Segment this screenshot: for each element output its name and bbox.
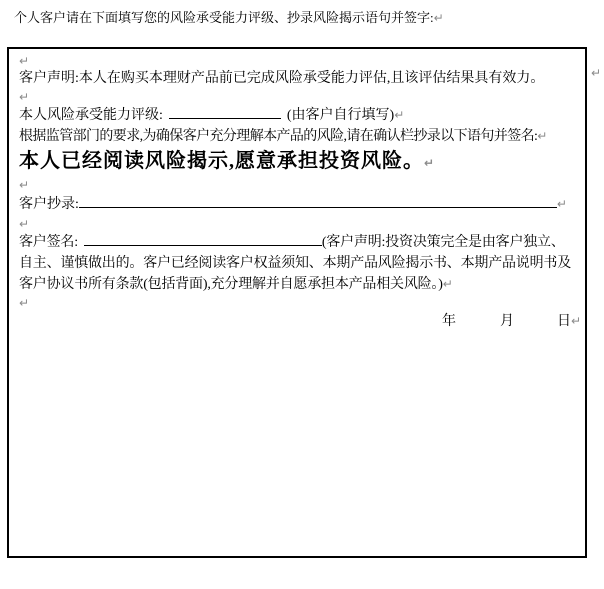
intro-instruction-text: 个人客户请在下面填写您的风险承受能力评级、抄录风险揭示语句并签字: xyxy=(14,10,434,25)
copy-instruction-line: 根据监管部门的要求,为确保客户充分理解本产品的风险,请在确认栏抄录以下语句并签名… xyxy=(19,126,575,147)
risk-statement-text: 本人已经阅读风险揭示,愿意承担投资风险。 xyxy=(19,150,424,172)
paragraph-mark-icon: ↵ xyxy=(443,277,453,291)
rating-line: 本人风险承受能力评级:(由客户自行填写)↵ xyxy=(19,105,575,126)
date-month-label: 月 xyxy=(500,314,514,329)
customer-declaration-line: 客户声明:本人在购买本理财产品前已完成风险承受能力评估,且该评估结果具有效力。 xyxy=(19,69,575,89)
paragraph-mark-icon: ↵ xyxy=(591,66,601,80)
date-line: 年月日↵ xyxy=(25,311,581,332)
copy-label: 客户抄录: xyxy=(19,197,79,212)
empty-line: ↵ xyxy=(19,89,575,105)
paragraph-mark-icon: ↵ xyxy=(19,54,29,68)
signature-label: 客户签名: xyxy=(19,235,78,250)
copy-line: 客户抄录:↵ xyxy=(19,193,575,216)
paragraph-mark-icon: ↵ xyxy=(424,156,434,170)
paragraph-mark-icon: ↵ xyxy=(434,11,444,25)
paragraph-mark-icon: ↵ xyxy=(537,129,547,143)
paragraph-mark-icon: ↵ xyxy=(19,296,29,310)
paragraph-mark-icon: ↵ xyxy=(19,178,29,192)
document-page: 个人客户请在下面填写您的风险承受能力评级、抄录风险揭示语句并签字:↵ ↵ 客户声… xyxy=(0,0,604,589)
intro-instruction: 个人客户请在下面填写您的风险承受能力评级、抄录风险揭示语句并签字:↵ xyxy=(14,8,604,28)
rating-hint: (由客户自行填写) xyxy=(287,108,394,123)
paragraph-mark-icon: ↵ xyxy=(571,314,581,328)
risk-confirmation-box: ↵ 客户声明:本人在购买本理财产品前已完成风险承受能力评估,且该评估结果具有效力… xyxy=(7,47,587,558)
copy-instruction-text: 根据监管部门的要求,为确保客户充分理解本产品的风险,请在确认栏抄录以下语句并签名… xyxy=(19,129,537,144)
signature-paragraph: 客户签名:(客户声明:投资决策完全是由客户独立、自主、谨慎做出的。客户已经阅读客… xyxy=(19,232,575,295)
paragraph-mark-icon: ↵ xyxy=(19,90,29,104)
paragraph-mark-icon: ↵ xyxy=(394,108,404,122)
risk-statement-line: 本人已经阅读风险揭示,愿意承担投资风险。↵ xyxy=(19,147,575,177)
empty-line: ↵ xyxy=(19,216,575,232)
date-year-label: 年 xyxy=(442,314,456,329)
empty-line: ↵ xyxy=(19,177,575,193)
rating-input-line[interactable] xyxy=(169,105,281,119)
date-day-label: 日 xyxy=(557,314,571,329)
rating-label: 本人风险承受能力评级: xyxy=(19,108,163,123)
customer-declaration-text: 客户声明:本人在购买本理财产品前已完成风险承受能力评估,且该评估结果具有效力。 xyxy=(19,71,544,86)
copy-input-line[interactable] xyxy=(79,194,557,208)
signature-input-line[interactable] xyxy=(84,232,322,246)
empty-line: ↵ xyxy=(19,53,575,69)
empty-line: ↵ xyxy=(19,295,575,311)
paragraph-mark-icon: ↵ xyxy=(19,217,29,231)
paragraph-mark-icon: ↵ xyxy=(557,197,567,211)
